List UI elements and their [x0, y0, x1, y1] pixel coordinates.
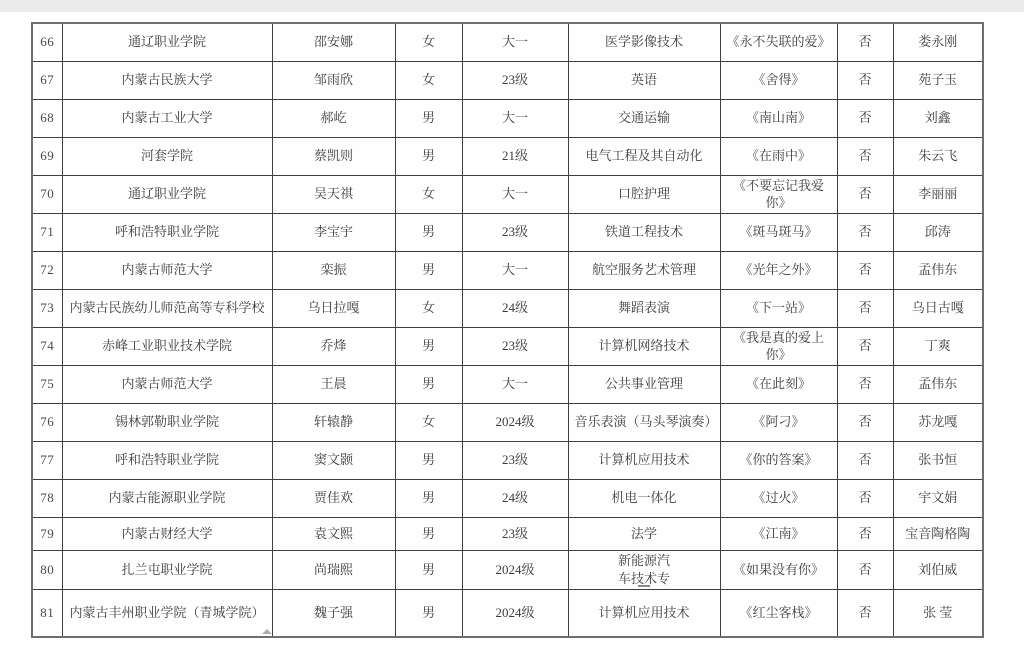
cell-school: 扎兰屯职业学院 — [62, 550, 272, 589]
cell-gender: 女 — [395, 403, 462, 441]
cell-gender: 男 — [395, 213, 462, 251]
table-row: 66通辽职业学院邵安娜女大一医学影像技术《永不失联的爱》否娄永刚 — [32, 23, 983, 61]
cell-no: 81 — [32, 589, 62, 637]
cell-grade: 2024级 — [462, 403, 568, 441]
cell-no: 68 — [32, 99, 62, 137]
cell-school: 内蒙古民族大学 — [62, 61, 272, 99]
cell-school: 河套学院 — [62, 137, 272, 175]
cell-major: 法学 — [568, 517, 720, 550]
cell-school: 内蒙古师范大学 — [62, 251, 272, 289]
cell-school: 赤峰工业职业技术学院 — [62, 327, 272, 365]
cell-flag: 否 — [837, 175, 893, 213]
cell-referrer: 宇文娟 — [893, 479, 983, 517]
cell-no: 73 — [32, 289, 62, 327]
table-row: 75内蒙古师范大学王晨男大一公共事业管理《在此刻》否孟伟东 — [32, 365, 983, 403]
cell-gender: 男 — [395, 365, 462, 403]
cell-song: 《你的答案》 — [720, 441, 837, 479]
cell-grade: 大一 — [462, 175, 568, 213]
cell-no: 67 — [32, 61, 62, 99]
cell-school: 内蒙古财经大学 — [62, 517, 272, 550]
table-row: 68内蒙古工业大学郝屹男大一交通运输《南山南》否刘鑫 — [32, 99, 983, 137]
cell-grade: 21级 — [462, 137, 568, 175]
cell-song: 《在此刻》 — [720, 365, 837, 403]
cell-grade: 23级 — [462, 213, 568, 251]
cell-major: 医学影像技术 — [568, 23, 720, 61]
cell-school: 锡林郭勒职业学院 — [62, 403, 272, 441]
cell-gender: 男 — [395, 137, 462, 175]
cell-no: 77 — [32, 441, 62, 479]
cell-flag: 否 — [837, 213, 893, 251]
cell-grade: 大一 — [462, 23, 568, 61]
table-row: 76锡林郭勒职业学院轩辕静女2024级音乐表演（马头琴演奏）《阿刁》否苏龙嘎 — [32, 403, 983, 441]
cell-major: 口腔护理 — [568, 175, 720, 213]
cursor-artifact — [262, 629, 272, 634]
table-row: 72内蒙古师范大学栾振男大一航空服务艺术管理《光年之外》否孟伟东 — [32, 251, 983, 289]
cell-flag: 否 — [837, 61, 893, 99]
cell-grade: 大一 — [462, 365, 568, 403]
cell-gender: 女 — [395, 61, 462, 99]
cell-referrer: 张书恒 — [893, 441, 983, 479]
cell-gender: 男 — [395, 517, 462, 550]
cell-referrer: 李丽丽 — [893, 175, 983, 213]
table-row: 78内蒙古能源职业学院贾佳欢男24级机电一体化《过火》否宇文娟 — [32, 479, 983, 517]
cell-flag: 否 — [837, 23, 893, 61]
cell-grade: 大一 — [462, 251, 568, 289]
cell-no: 71 — [32, 213, 62, 251]
cell-no: 70 — [32, 175, 62, 213]
cell-referrer: 张 莹 — [893, 589, 983, 637]
cell-school: 通辽职业学院 — [62, 23, 272, 61]
cell-gender: 女 — [395, 23, 462, 61]
cell-flag: 否 — [837, 589, 893, 637]
cell-song: 《在雨中》 — [720, 137, 837, 175]
cell-major: 计算机应用技术 — [568, 589, 720, 637]
cell-song: 《江南》 — [720, 517, 837, 550]
cell-referrer: 宝音陶格陶 — [893, 517, 983, 550]
cell-grade: 2024级 — [462, 550, 568, 589]
cell-name: 邵安娜 — [272, 23, 395, 61]
cell-referrer: 苑子玉 — [893, 61, 983, 99]
cell-major: 新能源汽 车技术专 — [568, 550, 720, 589]
cell-name: 袁文熙 — [272, 517, 395, 550]
cell-no: 66 — [32, 23, 62, 61]
cell-referrer: 刘鑫 — [893, 99, 983, 137]
cell-song: 《不要忘记我爱你》 — [720, 175, 837, 213]
cell-name: 乌日拉嘎 — [272, 289, 395, 327]
window-top-edge — [0, 0, 1024, 12]
cell-name: 邹雨欣 — [272, 61, 395, 99]
cell-school: 通辽职业学院 — [62, 175, 272, 213]
table-row: 70通辽职业学院吴天祺女大一口腔护理《不要忘记我爱你》否李丽丽 — [32, 175, 983, 213]
cell-name: 吴天祺 — [272, 175, 395, 213]
cell-song: 《舍得》 — [720, 61, 837, 99]
cell-song: 《光年之外》 — [720, 251, 837, 289]
cell-major: 机电一体化 — [568, 479, 720, 517]
cell-grade: 大一 — [462, 99, 568, 137]
cell-major: 铁道工程技术 — [568, 213, 720, 251]
cell-grade: 2024级 — [462, 589, 568, 637]
cell-school: 内蒙古能源职业学院 — [62, 479, 272, 517]
cell-referrer: 丁爽 — [893, 327, 983, 365]
student-roster-table: 66通辽职业学院邵安娜女大一医学影像技术《永不失联的爱》否娄永刚67内蒙古民族大… — [31, 22, 984, 638]
table-body: 66通辽职业学院邵安娜女大一医学影像技术《永不失联的爱》否娄永刚67内蒙古民族大… — [32, 23, 983, 637]
cell-no: 74 — [32, 327, 62, 365]
cell-grade: 23级 — [462, 441, 568, 479]
cell-flag: 否 — [837, 327, 893, 365]
cell-flag: 否 — [837, 403, 893, 441]
cell-grade: 23级 — [462, 61, 568, 99]
table-row: 73内蒙古民族幼儿师范高等专科学校乌日拉嘎女24级舞蹈表演《下一站》否乌日古嘎 — [32, 289, 983, 327]
table-row: 71呼和浩特职业学院李宝宇男23级铁道工程技术《斑马斑马》否邱涛 — [32, 213, 983, 251]
cell-school: 呼和浩特职业学院 — [62, 441, 272, 479]
cell-flag: 否 — [837, 479, 893, 517]
cell-grade: 24级 — [462, 479, 568, 517]
cell-no: 80 — [32, 550, 62, 589]
cell-song: 《红尘客栈》 — [720, 589, 837, 637]
cell-song: 《我是真的爱上你》 — [720, 327, 837, 365]
cell-name: 郝屹 — [272, 99, 395, 137]
cell-major: 音乐表演（马头琴演奏） — [568, 403, 720, 441]
cell-major: 电气工程及其自动化 — [568, 137, 720, 175]
cell-song: 《南山南》 — [720, 99, 837, 137]
cell-flag: 否 — [837, 289, 893, 327]
cell-gender: 男 — [395, 479, 462, 517]
cell-song: 《过火》 — [720, 479, 837, 517]
cell-referrer: 朱云飞 — [893, 137, 983, 175]
table-row: 79内蒙古财经大学袁文熙男23级法学《江南》否宝音陶格陶 — [32, 517, 983, 550]
cell-school: 内蒙古工业大学 — [62, 99, 272, 137]
cell-flag: 否 — [837, 99, 893, 137]
cell-flag: 否 — [837, 251, 893, 289]
cell-gender: 男 — [395, 550, 462, 589]
cell-no: 76 — [32, 403, 62, 441]
cell-grade: 23级 — [462, 517, 568, 550]
cell-referrer: 孟伟东 — [893, 365, 983, 403]
cell-song: 《阿刁》 — [720, 403, 837, 441]
cell-major: 交通运输 — [568, 99, 720, 137]
cell-grade: 23级 — [462, 327, 568, 365]
cell-no: 78 — [32, 479, 62, 517]
cell-referrer: 苏龙嘎 — [893, 403, 983, 441]
table-row: 77呼和浩特职业学院窦文颢男23级计算机应用技术《你的答案》否张书恒 — [32, 441, 983, 479]
cell-school: 内蒙古丰州职业学院（青城学院） — [62, 589, 272, 637]
cell-major: 公共事业管理 — [568, 365, 720, 403]
cell-name: 窦文颢 — [272, 441, 395, 479]
table-row: 67内蒙古民族大学邹雨欣女23级英语《舍得》否苑子玉 — [32, 61, 983, 99]
cell-flag: 否 — [837, 441, 893, 479]
cell-major: 英语 — [568, 61, 720, 99]
cell-name: 贾佳欢 — [272, 479, 395, 517]
cell-no: 75 — [32, 365, 62, 403]
cell-name: 栾振 — [272, 251, 395, 289]
cell-gender: 女 — [395, 175, 462, 213]
cell-school: 呼和浩特职业学院 — [62, 213, 272, 251]
table-row: 81内蒙古丰州职业学院（青城学院）魏子强男2024级计算机应用技术《红尘客栈》否… — [32, 589, 983, 637]
cell-no: 72 — [32, 251, 62, 289]
cell-flag: 否 — [837, 550, 893, 589]
cell-major: 航空服务艺术管理 — [568, 251, 720, 289]
cell-no: 79 — [32, 517, 62, 550]
cell-gender: 男 — [395, 251, 462, 289]
cell-major: 舞蹈表演 — [568, 289, 720, 327]
cell-grade: 24级 — [462, 289, 568, 327]
cell-song: 《如果没有你》 — [720, 550, 837, 589]
document-page: 66通辽职业学院邵安娜女大一医学影像技术《永不失联的爱》否娄永刚67内蒙古民族大… — [0, 0, 1024, 664]
cell-major: 计算机网络技术 — [568, 327, 720, 365]
table-row: 80扎兰屯职业学院尚瑞熙男2024级新能源汽 车技术专《如果没有你》否刘伯威 — [32, 550, 983, 589]
cell-referrer: 孟伟东 — [893, 251, 983, 289]
table-row: 69河套学院蔡凯则男21级电气工程及其自动化《在雨中》否朱云飞 — [32, 137, 983, 175]
cell-referrer: 邱涛 — [893, 213, 983, 251]
cell-flag: 否 — [837, 137, 893, 175]
cell-flag: 否 — [837, 365, 893, 403]
cell-name: 魏子强 — [272, 589, 395, 637]
cell-gender: 男 — [395, 99, 462, 137]
cell-gender: 女 — [395, 289, 462, 327]
cell-no: 69 — [32, 137, 62, 175]
cell-major: 计算机应用技术 — [568, 441, 720, 479]
cell-name: 尚瑞熙 — [272, 550, 395, 589]
cell-name: 李宝宇 — [272, 213, 395, 251]
cell-name: 蔡凯则 — [272, 137, 395, 175]
cell-name: 乔烽 — [272, 327, 395, 365]
cell-referrer: 娄永刚 — [893, 23, 983, 61]
cell-name: 王晨 — [272, 365, 395, 403]
cell-gender: 男 — [395, 589, 462, 637]
cell-referrer: 刘伯威 — [893, 550, 983, 589]
cell-flag: 否 — [837, 517, 893, 550]
cell-song: 《斑马斑马》 — [720, 213, 837, 251]
cell-gender: 男 — [395, 441, 462, 479]
cell-referrer: 乌日古嘎 — [893, 289, 983, 327]
cell-name: 轩辕静 — [272, 403, 395, 441]
cell-gender: 男 — [395, 327, 462, 365]
cell-song: 《下一站》 — [720, 289, 837, 327]
table-row: 74赤峰工业职业技术学院乔烽男23级计算机网络技术《我是真的爱上你》否丁爽 — [32, 327, 983, 365]
cell-song: 《永不失联的爱》 — [720, 23, 837, 61]
cell-school: 内蒙古民族幼儿师范高等专科学校 — [62, 289, 272, 327]
cell-school: 内蒙古师范大学 — [62, 365, 272, 403]
